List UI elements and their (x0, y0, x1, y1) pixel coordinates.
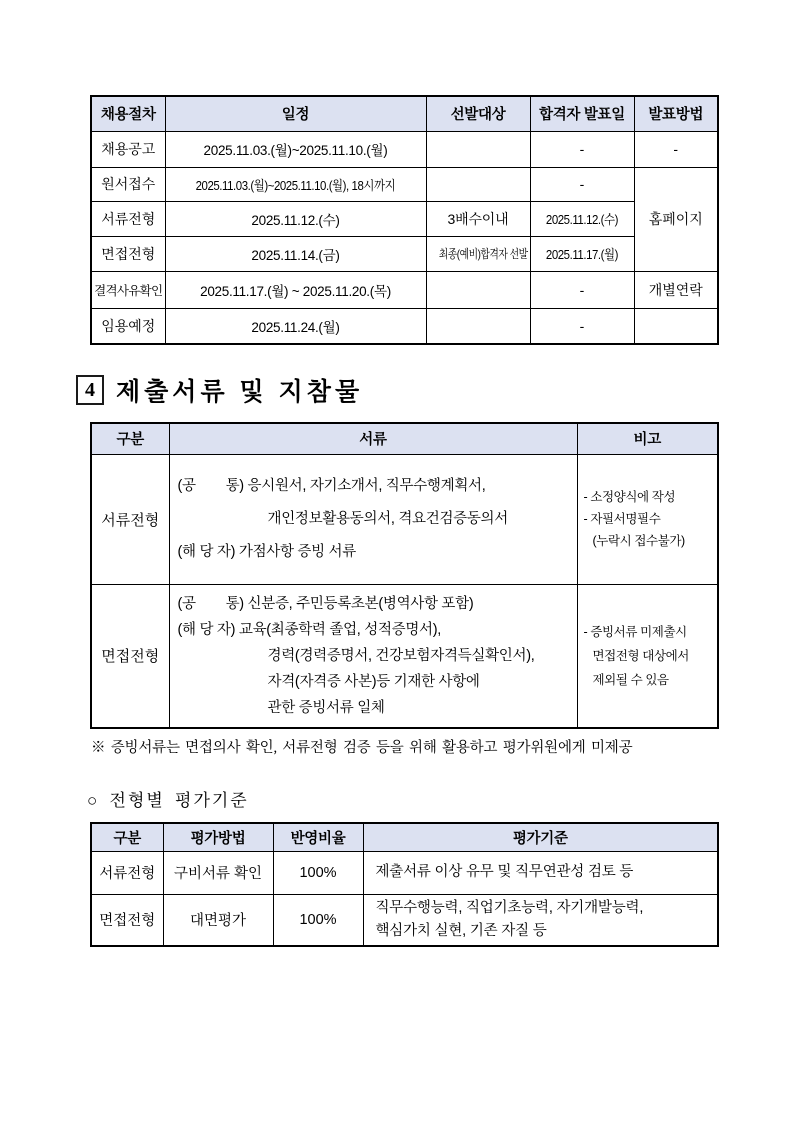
table-row: 임용예정 2025.11.24.(월) - (91, 308, 718, 344)
target-cell: 3배수이내 (426, 201, 530, 236)
announce-cell: - (530, 308, 634, 344)
criteria-cell: 제출서류 이상 유무 및 직무연관성 검토 등 (363, 851, 718, 894)
document-line: (공 통) 응시원서, 자기소개서, 직무수행계획서, (178, 470, 573, 503)
criteria-line: 핵심가치 실현, 기존 자질 등 (376, 920, 714, 943)
document-line: (공 통) 신분증, 주민등록초본(병역사항 포함) (178, 591, 573, 617)
documents-cell: (공 통) 응시원서, 자기소개서, 직무수행계획서, 개인정보활용동의서, 격… (169, 454, 577, 584)
col-header-schedule: 일정 (165, 96, 426, 131)
table-row: 원서접수 2025.11.03.(월)~2025.11.10.(월), 18시까… (91, 167, 718, 201)
method-merged-cell: 홈페이지 (634, 167, 718, 271)
announce-cell: - (530, 167, 634, 201)
announce-cell: - (530, 131, 634, 167)
criteria-cell: 직무수행능력, 직업기초능력, 자기개발능력, 핵심가치 실현, 기존 자질 등 (363, 894, 718, 946)
section-number-box: 4 (76, 375, 104, 405)
announce-cell: 2025.11.12.(수) (530, 201, 634, 236)
target-cell (426, 167, 530, 201)
ratio-cell: 100% (273, 851, 363, 894)
step-cell: 채용공고 (91, 131, 165, 167)
schedule-cell: 2025.11.24.(월) (165, 308, 426, 344)
criteria-table: 구분 평가방법 반영비율 평가기준 서류전형 구비서류 확인 100% 제출서류… (90, 822, 719, 947)
table-row: 서류전형 2025.11.12.(수) 3배수이내 2025.11.12.(수) (91, 201, 718, 236)
footnote: ※ 증빙서류는 면접의사 확인, 서류전형 검증 등을 위해 활용하고 평가위원… (91, 736, 731, 757)
schedule-cell: 2025.11.03.(월)~2025.11.10.(월) (165, 131, 426, 167)
category-cell: 서류전형 (91, 851, 163, 894)
col-header-category: 구분 (91, 423, 169, 454)
documents-table: 구분 서류 비고 서류전형 (공 통) 응시원서, 자기소개서, 직무수행계획서… (90, 422, 719, 729)
category-cell: 면접전형 (91, 584, 169, 728)
schedule-cell: 2025.11.17.(월) ~ 2025.11.20.(목) (165, 271, 426, 308)
target-cell: 최종(예비)합격자 선발 (426, 236, 530, 271)
criteria-line: 제출서류 이상 유무 및 직무연관성 검토 등 (376, 861, 714, 884)
announce-cell: 2025.11.17.(월) (530, 236, 634, 271)
remark-line: 제외될 수 있음 (584, 668, 716, 692)
col-header-procedure: 채용절차 (91, 96, 165, 131)
col-header-ratio: 반영비율 (273, 823, 363, 851)
schedule-cell: 2025.11.03.(월)~2025.11.10.(월), 18시까지 (165, 167, 426, 201)
recruitment-header-row: 채용절차 일정 선발대상 합격자 발표일 발표방법 (91, 96, 718, 131)
remark-line: 면접전형 대상에서 (584, 644, 716, 668)
ratio-cell: 100% (273, 894, 363, 946)
category-cell: 서류전형 (91, 454, 169, 584)
schedule-cell: 2025.11.12.(수) (165, 201, 426, 236)
document-line: (해 당 자) 교육(최종학력 졸업, 성적증명서), (178, 617, 573, 643)
criteria-header-row: 구분 평가방법 반영비율 평가기준 (91, 823, 718, 851)
method-cell: 구비서류 확인 (163, 851, 273, 894)
table-row: 서류전형 (공 통) 응시원서, 자기소개서, 직무수행계획서, 개인정보활용동… (91, 454, 718, 584)
target-cell (426, 271, 530, 308)
announce-text: 2025.11.17.(월) (546, 244, 618, 263)
remark-cell: - 소정양식에 작성 - 자필서명필수 (누락시 접수불가) (577, 454, 718, 584)
criteria-heading: ○ 전형별 평가기준 (87, 786, 249, 811)
method-cell: 개별연락 (634, 271, 718, 308)
col-header-announce-method: 발표방법 (634, 96, 718, 131)
remark-line: - 자필서명필수 (584, 508, 716, 530)
criteria-line: 직무수행능력, 직업기초능력, 자기개발능력, (376, 897, 714, 920)
document-line: 자격(자격증 사본)등 기재한 사항에 (178, 669, 573, 695)
section-heading: 4 제출서류 및 지참물 (76, 374, 363, 406)
col-header-method: 평가방법 (163, 823, 273, 851)
schedule-cell: 2025.11.14.(금) (165, 236, 426, 271)
target-text: 최종(예비)합격자 선발 (438, 245, 527, 262)
table-row: 결격사유확인 2025.11.17.(월) ~ 2025.11.20.(목) -… (91, 271, 718, 308)
table-row: 면접전형 대면평가 100% 직무수행능력, 직업기초능력, 자기개발능력, 핵… (91, 894, 718, 946)
table-row: 채용공고 2025.11.03.(월)~2025.11.10.(월) - - (91, 131, 718, 167)
col-header-criteria: 평가기준 (363, 823, 718, 851)
col-header-category: 구분 (91, 823, 163, 851)
col-header-documents: 서류 (169, 423, 577, 454)
target-cell (426, 308, 530, 344)
table-row: 면접전형 (공 통) 신분증, 주민등록초본(병역사항 포함) (해 당 자) … (91, 584, 718, 728)
method-cell: - (634, 131, 718, 167)
step-cell: 임용예정 (91, 308, 165, 344)
col-header-remark: 비고 (577, 423, 718, 454)
section-title: 제출서류 및 지참물 (116, 372, 363, 408)
document-page: 채용절차 일정 선발대상 합격자 발표일 발표방법 채용공고 2025.11.0… (0, 0, 793, 1121)
col-header-announce-date: 합격자 발표일 (530, 96, 634, 131)
remark-line: - 증빙서류 미제출시 (584, 620, 716, 644)
step-cell: 결격사유확인 (91, 271, 165, 308)
document-line: 개인정보활용동의서, 격요건검증동의서 (178, 503, 573, 536)
document-line: 경력(경력증명서, 건강보험자격득실확인서), (178, 643, 573, 669)
remark-cell: - 증빙서류 미제출시 면접전형 대상에서 제외될 수 있음 (577, 584, 718, 728)
documents-cell: (공 통) 신분증, 주민등록초본(병역사항 포함) (해 당 자) 교육(최종… (169, 584, 577, 728)
remark-line: (누락시 접수불가) (584, 530, 716, 552)
target-cell (426, 131, 530, 167)
document-line: 관한 증빙서류 일체 (178, 695, 573, 721)
table-row: 면접전형 2025.11.14.(금) 최종(예비)합격자 선발 2025.11… (91, 236, 718, 271)
document-line: (해 당 자) 가점사항 증빙 서류 (178, 536, 573, 569)
method-cell: 대면평가 (163, 894, 273, 946)
announce-cell: - (530, 271, 634, 308)
remark-line: - 소정양식에 작성 (584, 486, 716, 508)
documents-header-row: 구분 서류 비고 (91, 423, 718, 454)
step-cell: 면접전형 (91, 236, 165, 271)
col-header-target: 선발대상 (426, 96, 530, 131)
method-cell (634, 308, 718, 344)
step-cell: 원서접수 (91, 167, 165, 201)
schedule-text: 2025.11.03.(월)~2025.11.10.(월), 18시까지 (196, 175, 396, 194)
table-row: 서류전형 구비서류 확인 100% 제출서류 이상 유무 및 직무연관성 검토 … (91, 851, 718, 894)
step-cell: 서류전형 (91, 201, 165, 236)
announce-text: 2025.11.12.(수) (546, 209, 618, 228)
category-cell: 면접전형 (91, 894, 163, 946)
recruitment-schedule-table: 채용절차 일정 선발대상 합격자 발표일 발표방법 채용공고 2025.11.0… (90, 95, 719, 345)
